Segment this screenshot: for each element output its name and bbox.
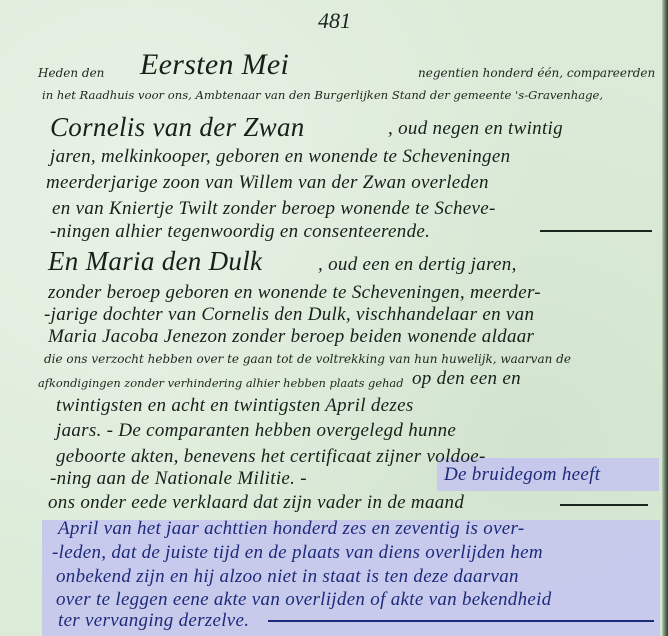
handwritten-text: op den een en (412, 368, 521, 390)
handwritten-text: twintigsten en acht en twintigsten April… (56, 395, 414, 417)
printed-text: in het Raadhuis voor ons, Ambtenaar van … (42, 88, 603, 102)
handwritten-text: -ningen alhier tegenwoordig en consentee… (50, 221, 430, 243)
handwritten-text: zonder beroep geboren en wonende te Sche… (48, 282, 541, 304)
handwritten-text-highlighted: -leden, dat de juiste tijd en de plaats … (52, 542, 543, 564)
handwritten-text: -ning aan de Nationale Militie. - (50, 468, 307, 490)
handwritten-text-highlighted: April van het jaar achttien honderd zes … (58, 518, 525, 540)
line-filler-rule (268, 620, 654, 622)
handwritten-text: , oud negen en twintig (388, 118, 563, 140)
line-filler-rule (540, 230, 652, 232)
printed-text: negentien honderd één, compareerden (418, 66, 655, 80)
handwritten-text: , oud een en dertig jaren, (318, 254, 517, 276)
printed-text: Heden den (38, 66, 104, 80)
handwritten-text: en van Kniertje Twilt zonder beroep wone… (52, 198, 496, 220)
line-filler-rule (560, 504, 648, 506)
handwritten-text: meerderjarige zoon van Willem van der Zw… (46, 172, 489, 194)
handwritten-text-highlighted: over te leggen eene akte van overlijden … (56, 589, 552, 611)
handwritten-text: jaren, melkinkooper, geboren en wonende … (50, 146, 510, 168)
handwritten-date: Eersten Mei (140, 48, 289, 82)
handwritten-text-highlighted: De bruidegom heeft (444, 464, 600, 486)
handwritten-text-highlighted: onbekend zijn en hij alzoo niet in staat… (56, 566, 519, 588)
handwritten-text: geboorte akten, benevens het certificaat… (56, 446, 486, 468)
handwritten-text-highlighted: ter vervanging derzelve. (58, 610, 249, 632)
printed-text: afkondigingen zonder verhindering alhier… (38, 376, 404, 390)
handwritten-text: ons onder eede verklaard dat zijn vader … (48, 492, 464, 514)
handwritten-text: -jarige dochter van Cornelis den Dulk, v… (44, 304, 534, 326)
handwritten-name-bride: En Maria den Dulk (48, 246, 262, 277)
page-number: 481 (318, 8, 351, 34)
handwritten-text: Maria Jacoba Jenezon zonder beroep beide… (48, 326, 534, 348)
handwritten-text: jaars. - De comparanten hebben overgeleg… (56, 420, 456, 442)
page-edge (662, 0, 668, 636)
handwritten-name-groom: Cornelis van der Zwan (50, 112, 305, 143)
document-page: 481 Heden den Eersten Mei negentien hond… (0, 0, 668, 636)
printed-text: die ons verzocht hebben over te gaan tot… (44, 352, 571, 366)
